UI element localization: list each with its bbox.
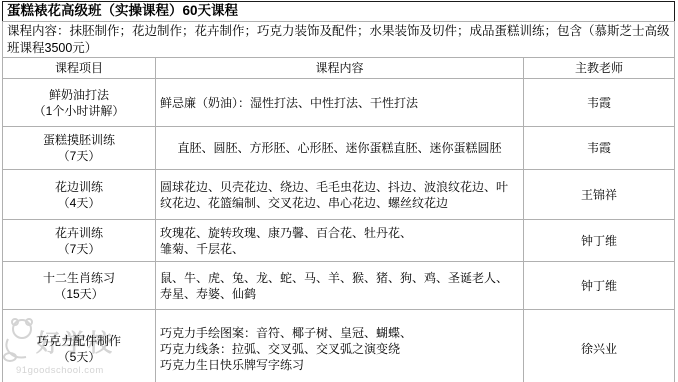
project-name: 十二生肖练习 [43, 270, 115, 286]
project-duration: （1个小时讲解） [34, 103, 125, 119]
content-line: 鲜忌廉（奶油）：湿性打法、中性打法、干性打法 [160, 95, 519, 111]
content-line: 玫瑰花、旋转玫瑰、康乃馨、百合花、牡丹花、 [160, 225, 519, 241]
course-schedule-table: 蛋糕裱花高级班（实操课程）60天课程 课程内容：抹胚制作；花边制作；花卉制作；巧… [2, 1, 675, 382]
table-row: 巧克力配件制作 （5天） 巧克力手绘图案：音符、椰子树、皇冠、蝴蝶、 巧克力线条… [3, 310, 675, 382]
project-name: 花卉训练 [55, 225, 103, 241]
project-cell: 十二生肖练习 （15天） [3, 262, 156, 310]
teacher-cell: 钟丁维 [524, 262, 675, 310]
project-name: 鲜奶油打法 [49, 87, 109, 103]
table-title-row: 蛋糕裱花高级班（实操课程）60天课程 [3, 2, 675, 22]
content-line: 巧克力手绘图案：音符、椰子树、皇冠、蝴蝶、 [160, 325, 519, 341]
content-cell: 巧克力手绘图案：音符、椰子树、皇冠、蝴蝶、 巧克力线条：拉弧、交叉弧、交叉弧之演… [156, 310, 524, 382]
content-cell: 圆球花边、贝壳花边、绕边、毛毛虫花边、抖边、波浪纹花边、叶纹花边、花篮编制、交叉… [156, 170, 524, 220]
project-duration: （15天） [54, 286, 103, 302]
table-row: 十二生肖练习 （15天） 鼠、牛、虎、兔、龙、蛇、马、羊、猴、猪、狗、鸡、圣诞老… [3, 262, 675, 310]
page-title: 蛋糕裱花高级班（实操课程）60天课程 [3, 2, 675, 22]
content-cell: 直胚、圆胚、方形胚、心形胚、迷你蛋糕直胚、迷你蛋糕圆胚 [156, 127, 524, 170]
table-row: 鲜奶油打法 （1个小时讲解） 鲜忌廉（奶油）：湿性打法、中性打法、干性打法 韦霞 [3, 79, 675, 127]
table-row: 花边训练 （4天） 圆球花边、贝壳花边、绕边、毛毛虫花边、抖边、波浪纹花边、叶纹… [3, 170, 675, 220]
content-line: 巧克力生日快乐牌写字练习 [160, 357, 519, 373]
content-line: 雏菊、千层花、 [160, 241, 519, 257]
course-description-row: 课程内容：抹胚制作；花边制作；花卉制作；巧克力装饰及配件；水果装饰及切件；成品蛋… [3, 22, 675, 58]
project-cell: 花边训练 （4天） [3, 170, 156, 220]
table-row: 花卉训练 （7天） 玫瑰花、旋转玫瑰、康乃馨、百合花、牡丹花、 雏菊、千层花、 … [3, 220, 675, 262]
content-line: 直胚、圆胚、方形胚、心形胚、迷你蛋糕直胚、迷你蛋糕圆胚 [160, 140, 519, 156]
teacher-cell: 徐兴业 [524, 310, 675, 382]
project-duration: （4天） [58, 195, 101, 211]
project-cell: 鲜奶油打法 （1个小时讲解） [3, 79, 156, 127]
teacher-cell: 王锦祥 [524, 170, 675, 220]
teacher-cell: 韦霞 [524, 79, 675, 127]
content-cell: 玫瑰花、旋转玫瑰、康乃馨、百合花、牡丹花、 雏菊、千层花、 [156, 220, 524, 262]
project-duration: （7天） [58, 148, 101, 164]
project-name: 花边训练 [55, 179, 103, 195]
table-header-row: 课程项目 课程内容 主教老师 [3, 58, 675, 79]
column-header-project: 课程项目 [3, 58, 156, 79]
project-cell: 蛋糕摸胚训练 （7天） [3, 127, 156, 170]
course-description: 课程内容：抹胚制作；花边制作；花卉制作；巧克力装饰及配件；水果装饰及切件；成品蛋… [3, 22, 675, 58]
content-line: 圆球花边、贝壳花边、绕边、毛毛虫花边、抖边、波浪纹花边、叶纹花边、花篮编制、交叉… [160, 179, 519, 211]
content-line: 巧克力线条：拉弧、交叉弧、交叉弧之演变绕 [160, 341, 519, 357]
project-duration: （5天） [58, 349, 101, 365]
project-name: 蛋糕摸胚训练 [43, 132, 115, 148]
content-cell: 鼠、牛、虎、兔、龙、蛇、马、羊、猴、猪、狗、鸡、圣诞老人、寿星、寿婆、仙鹤 [156, 262, 524, 310]
content-line: 鼠、牛、虎、兔、龙、蛇、马、羊、猴、猪、狗、鸡、圣诞老人、寿星、寿婆、仙鹤 [160, 270, 519, 302]
project-duration: （7天） [58, 241, 101, 257]
content-cell: 鲜忌廉（奶油）：湿性打法、中性打法、干性打法 [156, 79, 524, 127]
project-cell: 巧克力配件制作 （5天） [3, 310, 156, 382]
teacher-cell: 韦霞 [524, 127, 675, 170]
column-header-teacher: 主教老师 [524, 58, 675, 79]
teacher-cell: 钟丁维 [524, 220, 675, 262]
table-row: 蛋糕摸胚训练 （7天） 直胚、圆胚、方形胚、心形胚、迷你蛋糕直胚、迷你蛋糕圆胚 … [3, 127, 675, 170]
column-header-content: 课程内容 [156, 58, 524, 79]
project-cell: 花卉训练 （7天） [3, 220, 156, 262]
project-name: 巧克力配件制作 [37, 333, 121, 349]
